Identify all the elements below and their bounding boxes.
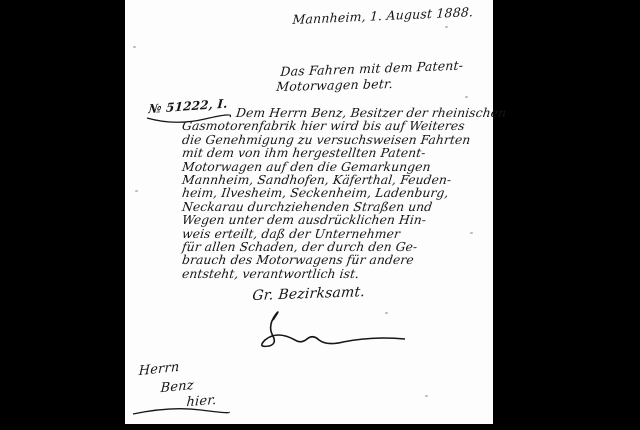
- body-line: brauch des Motorwagens für andere: [181, 253, 493, 266]
- body-line: weis erteilt, daß der Unternehmer: [181, 227, 493, 240]
- scan-background: Mannheim, 1. August 1888. Das Fahren mit…: [0, 0, 640, 430]
- scan-speckle: [133, 46, 136, 48]
- subject-line-2: Motorwagen betr.: [276, 76, 394, 94]
- dateline: Mannheim, 1. August 1888.: [292, 4, 474, 27]
- letter-body: Dem Herrn Benz, Besitzer der rheinischen…: [125, 106, 493, 280]
- body-line: für allen Schaden, der durch den Ge-: [181, 240, 493, 253]
- body-line: entsteht, verantwortlich ist.: [181, 267, 493, 280]
- address-line-benz: Benz: [160, 378, 194, 396]
- scan-speckle: [425, 395, 428, 397]
- body-line: heim, Ilvesheim, Seckenheim, Ladenburg,: [181, 186, 493, 199]
- scan-speckle: [445, 26, 448, 28]
- body-line: Gasmotorenfabrik hier wird bis auf Weite…: [181, 119, 493, 132]
- address-underline-flourish-icon: [131, 404, 231, 418]
- body-line: Motorwagen auf den die Gemarkungen: [181, 160, 493, 173]
- address-line-herrn: Herrn: [138, 360, 179, 379]
- body-line: Neckarau durchziehenden Straßen und: [181, 200, 493, 213]
- scan-speckle: [465, 96, 468, 98]
- body-line: mit dem von ihm hergestellten Patent-: [181, 146, 493, 159]
- body-line: Dem Herrn Benz, Besitzer der rheinischen: [235, 106, 493, 119]
- body-line: Mannheim, Sandhofen, Käferthal, Feuden-: [181, 173, 493, 186]
- signature-icon: [243, 306, 413, 354]
- closing-office: Gr. Bezirksamt.: [252, 284, 366, 304]
- body-line: die Genehmigung zu versuchsweisen Fahrte…: [181, 133, 493, 146]
- document-page: Mannheim, 1. August 1888. Das Fahren mit…: [125, 0, 493, 424]
- body-line: Wegen unter dem ausdrücklichen Hin-: [181, 213, 493, 226]
